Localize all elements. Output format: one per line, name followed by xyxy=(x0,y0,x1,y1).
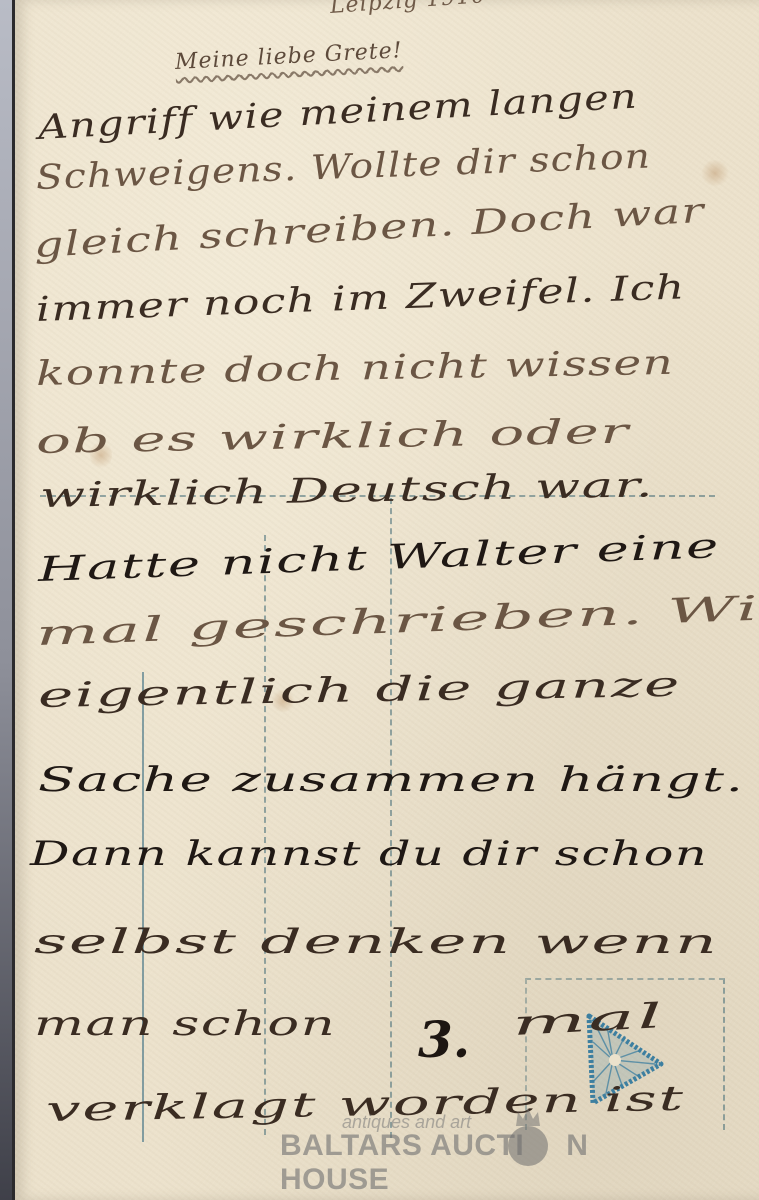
paper-stain xyxy=(700,160,730,186)
photo-background: Leipzig 1910 Meine liebe Grete! Angriff … xyxy=(0,0,759,1200)
handwritten-line: Dann kannst du dir schon xyxy=(30,834,708,874)
handwritten-line: man schon xyxy=(34,1004,336,1044)
printed-divider-vertical xyxy=(142,672,144,1142)
handwritten-line: Sache zusammen hängt. xyxy=(38,760,745,800)
handwritten-line: mal xyxy=(511,996,666,1044)
handwritten-line: selbst denken wenn xyxy=(34,922,719,962)
printed-divider-vertical xyxy=(390,498,392,1138)
large-number-three: 3. xyxy=(418,1010,470,1069)
